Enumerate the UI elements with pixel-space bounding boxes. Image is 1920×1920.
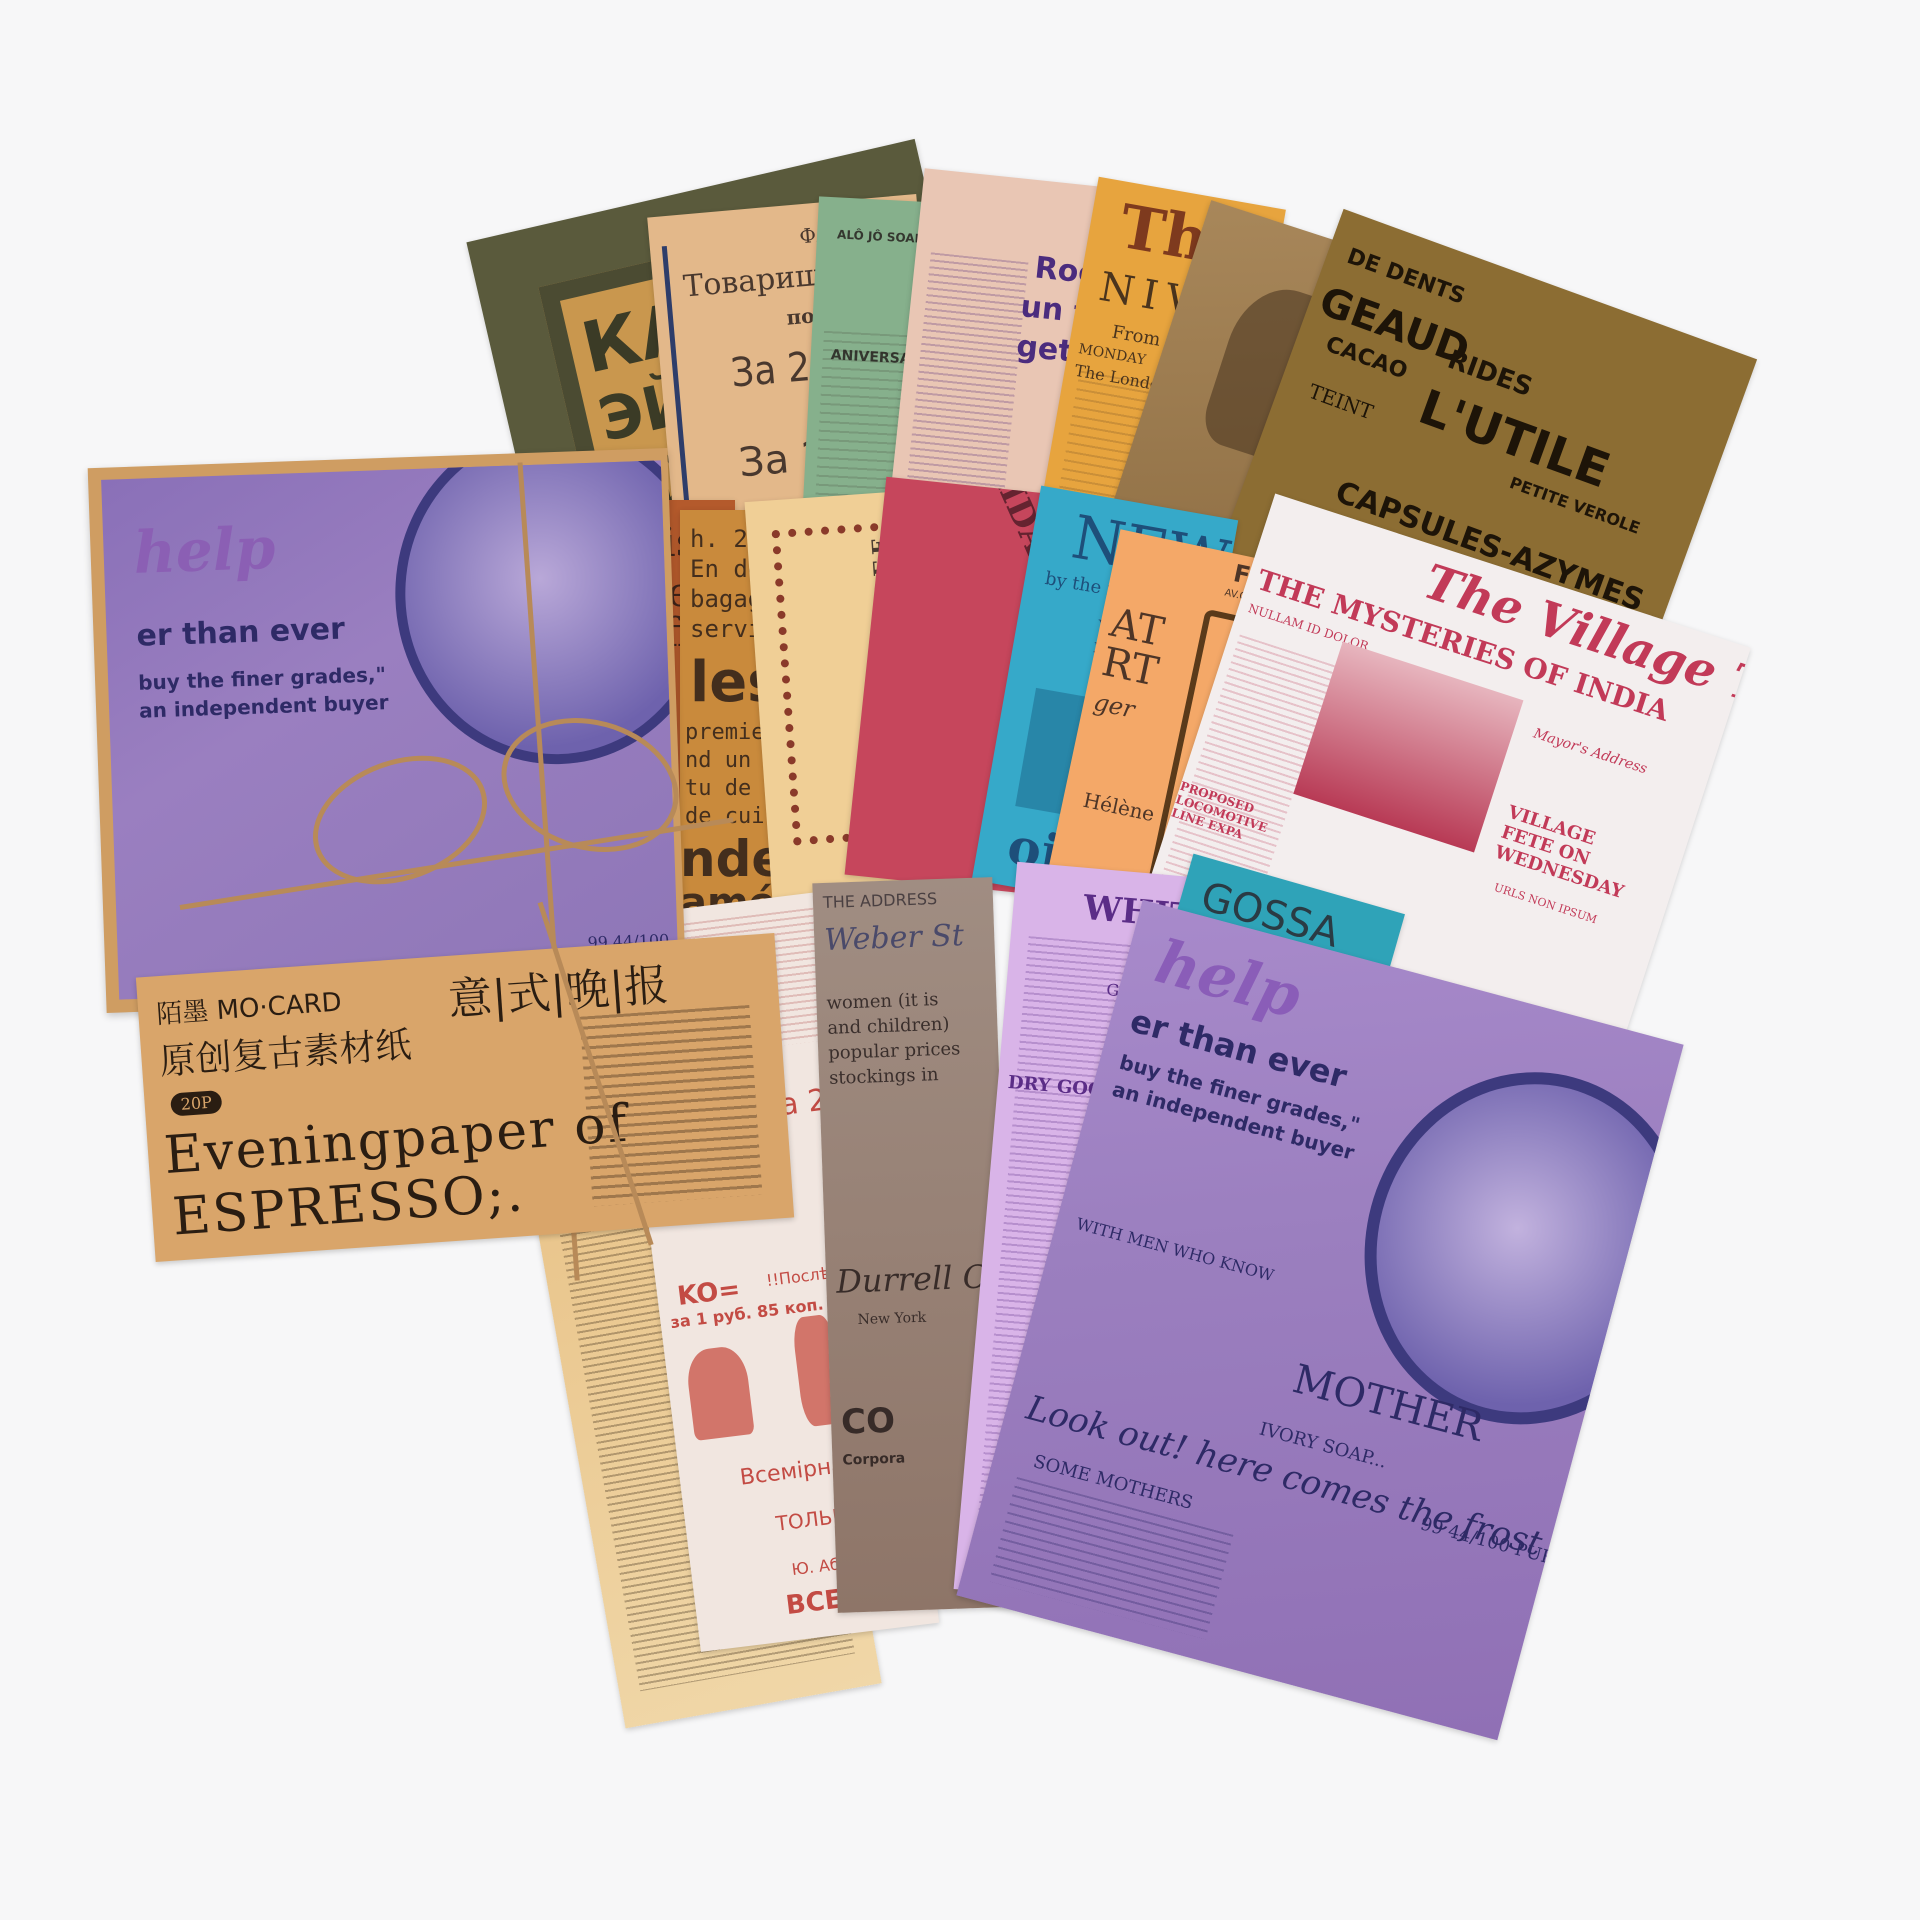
sheet-script-heading: help xyxy=(132,514,276,587)
sheet-text: ger xyxy=(1091,688,1137,724)
sheet-text: Corpora xyxy=(842,1450,905,1468)
sheet-text: stockings in xyxy=(829,1064,939,1089)
package-label: 陌墨 MO·CARD 原创复古素材纸 20P 意|式|晚|报 Eveningpa… xyxy=(136,933,794,1262)
sheet-text: New York xyxy=(857,1310,926,1328)
sheet-text: TEINT xyxy=(1305,379,1376,424)
sheet-text: WITH MEN WHO KNOW xyxy=(1074,1214,1276,1285)
sheet-count-badge: 20P xyxy=(170,1090,223,1117)
sheet-text: women (it is xyxy=(826,989,939,1014)
sheet-text: CO xyxy=(840,1401,895,1443)
product-photo: КАК ЭЙН САМЫЙ УКРЫ ПИТАТЕЛЬ ФАБРИ Товари… xyxy=(0,0,1920,1920)
sheet-headline: er than ever xyxy=(136,612,345,654)
sheet-text: Hélène xyxy=(1081,788,1157,826)
sheet-text: Weber St xyxy=(824,918,965,958)
sheet-text: and children) xyxy=(827,1014,950,1039)
mother-child-illustration xyxy=(390,460,679,769)
sheet-text: popular prices xyxy=(828,1038,961,1064)
sheet-text: THE ADDRESS xyxy=(823,889,938,912)
sheet-text: Mayor's Address xyxy=(1531,726,1649,778)
